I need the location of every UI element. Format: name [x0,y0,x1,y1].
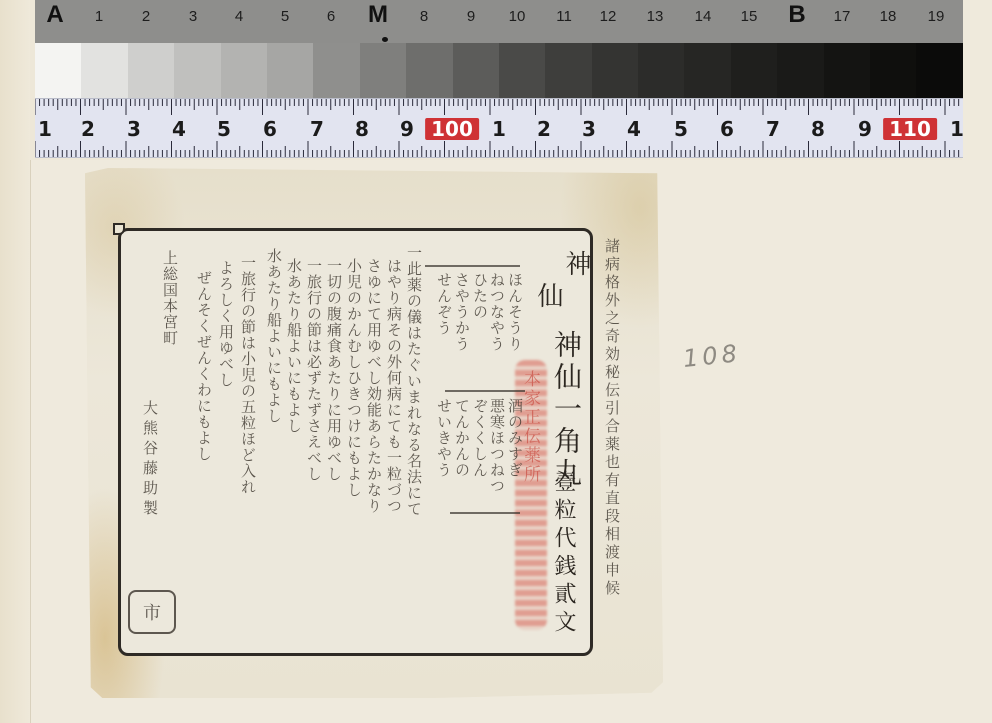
patch-label: 19 [928,8,945,25]
patch-label: 12 [600,8,617,25]
body-column-3: さゆにて用ゆべし効能あらたかなり [364,258,385,514]
ruler-number: 110 [883,118,937,140]
patch-label: 10 [509,8,526,25]
gray-patch [499,43,545,100]
gray-patch [777,43,823,100]
ruler-number: 8 [355,118,369,140]
patch-label: 13 [647,8,664,25]
ruler-number: 5 [674,118,688,140]
body-column-2: はやり病その外何病にても一粒づつ [384,258,405,514]
ruler-number: 9 [858,118,872,140]
ruler-ticks-top [35,99,963,119]
gray-patch [916,43,962,100]
body-column-8: 水あたり船よいにもよし [264,248,285,424]
ruler-number: 4 [172,118,186,140]
patch-label-row: A123456M89101112131415B171819 [35,0,963,43]
patch-label: A [46,1,63,29]
gray-patch [545,43,591,100]
midpoint-marker [382,37,388,42]
left-column-2: よろしく用ゆべし [216,260,237,388]
left-column-3: ぜんそくぜんくわにもよし [194,270,215,462]
margin-note: 諸病格外之奇効秘伝引合薬也有直段相渡申候 [602,238,623,598]
ruler-number: 1 [38,118,52,140]
product-title-name: 神仙一角丸 [546,330,586,490]
background-left-margin [0,0,30,723]
gray-patch [824,43,870,100]
gray-patch [360,43,406,100]
gray-patch [174,43,220,100]
gray-patch [313,43,359,100]
body-column-6: 一旅行の節は必ずたずさえべし [304,258,325,482]
gray-patch [406,43,452,100]
color-calibration-target: A123456M89101112131415B171819 [35,0,963,100]
patch-label: B [788,1,805,29]
boxed-column-1: ほんそうり [505,272,526,352]
patch-label: 11 [556,8,572,25]
ruler-number: 2 [81,118,95,140]
grayscale-patch-strip [35,43,963,100]
body-column-1: 一此薬の儀はたぐいまれなる名法にて [404,245,425,517]
patch-label: 5 [281,8,289,25]
patch-label: 15 [741,8,758,25]
patch-label: 9 [467,8,475,25]
maker-name: 大熊谷藤助製 [140,400,161,520]
boxed-column-4: さやうかう [452,272,473,352]
ruler-number: 1 [950,118,963,140]
patch-label: 14 [695,8,712,25]
boxed-column-3: ひたの [470,272,491,320]
patch-label: 8 [420,8,428,25]
ruler-number: 4 [627,118,641,140]
ruler-number: 3 [127,118,141,140]
box-rule-bottom [450,512,520,514]
ruler-number: 1 [492,118,506,140]
gray-patch [870,43,916,100]
gray-patch [267,43,313,100]
patch-label: 2 [142,8,150,25]
lower-column-4: てんかんの [452,398,473,478]
ruler-number: 8 [811,118,825,140]
maker-seal-stamp: 市 [128,590,176,634]
gray-patch [81,43,127,100]
lower-column-3: ぞくくしん [470,398,491,478]
seal-glyph: 市 [143,599,161,625]
ruler-number: 6 [720,118,734,140]
ruler-number: 2 [537,118,551,140]
product-title-top: 神 [558,250,595,279]
left-column-1: 一旅行の節は小児の五粒ほど入れ [238,255,259,495]
price-line: 壹粒代銭貳文 [548,470,579,638]
body-column-4: 小児のかんむしひきつけにもよし [344,258,365,498]
ruler-number: 9 [400,118,414,140]
patch-label: M [368,1,388,29]
gray-patch [684,43,730,100]
measurement-ruler: 1234567891001234567891101 [35,98,963,158]
lower-column-1: 酒のみすぎ [505,398,526,478]
box-rule-middle [445,390,525,392]
patch-label: 4 [235,8,243,25]
patch-label: 3 [189,8,197,25]
frame-corner-notch [113,223,125,235]
patch-label: 18 [880,8,897,25]
body-column-7: 水あたり船よいにもよし [284,258,305,434]
gray-patch [592,43,638,100]
gray-patch [453,43,499,100]
gray-patch [221,43,267,100]
patch-label: 1 [95,8,103,25]
lower-column-5: せいきやう [434,398,455,478]
ruler-number: 3 [582,118,596,140]
gray-patch [128,43,174,100]
patch-label: 6 [327,8,335,25]
body-column-5: 一切の腹痛食あたりに用ゆべし [324,258,345,482]
gray-patch [731,43,777,100]
ruler-number: 100 [425,118,479,140]
patch-label: 17 [834,8,851,25]
ruler-number: 5 [217,118,231,140]
maker-address: 上総国本宮町 [160,250,181,346]
boxed-column-5: せんぞう [434,272,455,336]
ruler-number: 7 [766,118,780,140]
ruler-number: 6 [263,118,277,140]
box-rule-top [425,265,520,267]
product-title-left: 仙 [530,282,567,312]
gray-patch [638,43,684,100]
ruler-number: 7 [310,118,324,140]
gray-patch [35,43,81,100]
